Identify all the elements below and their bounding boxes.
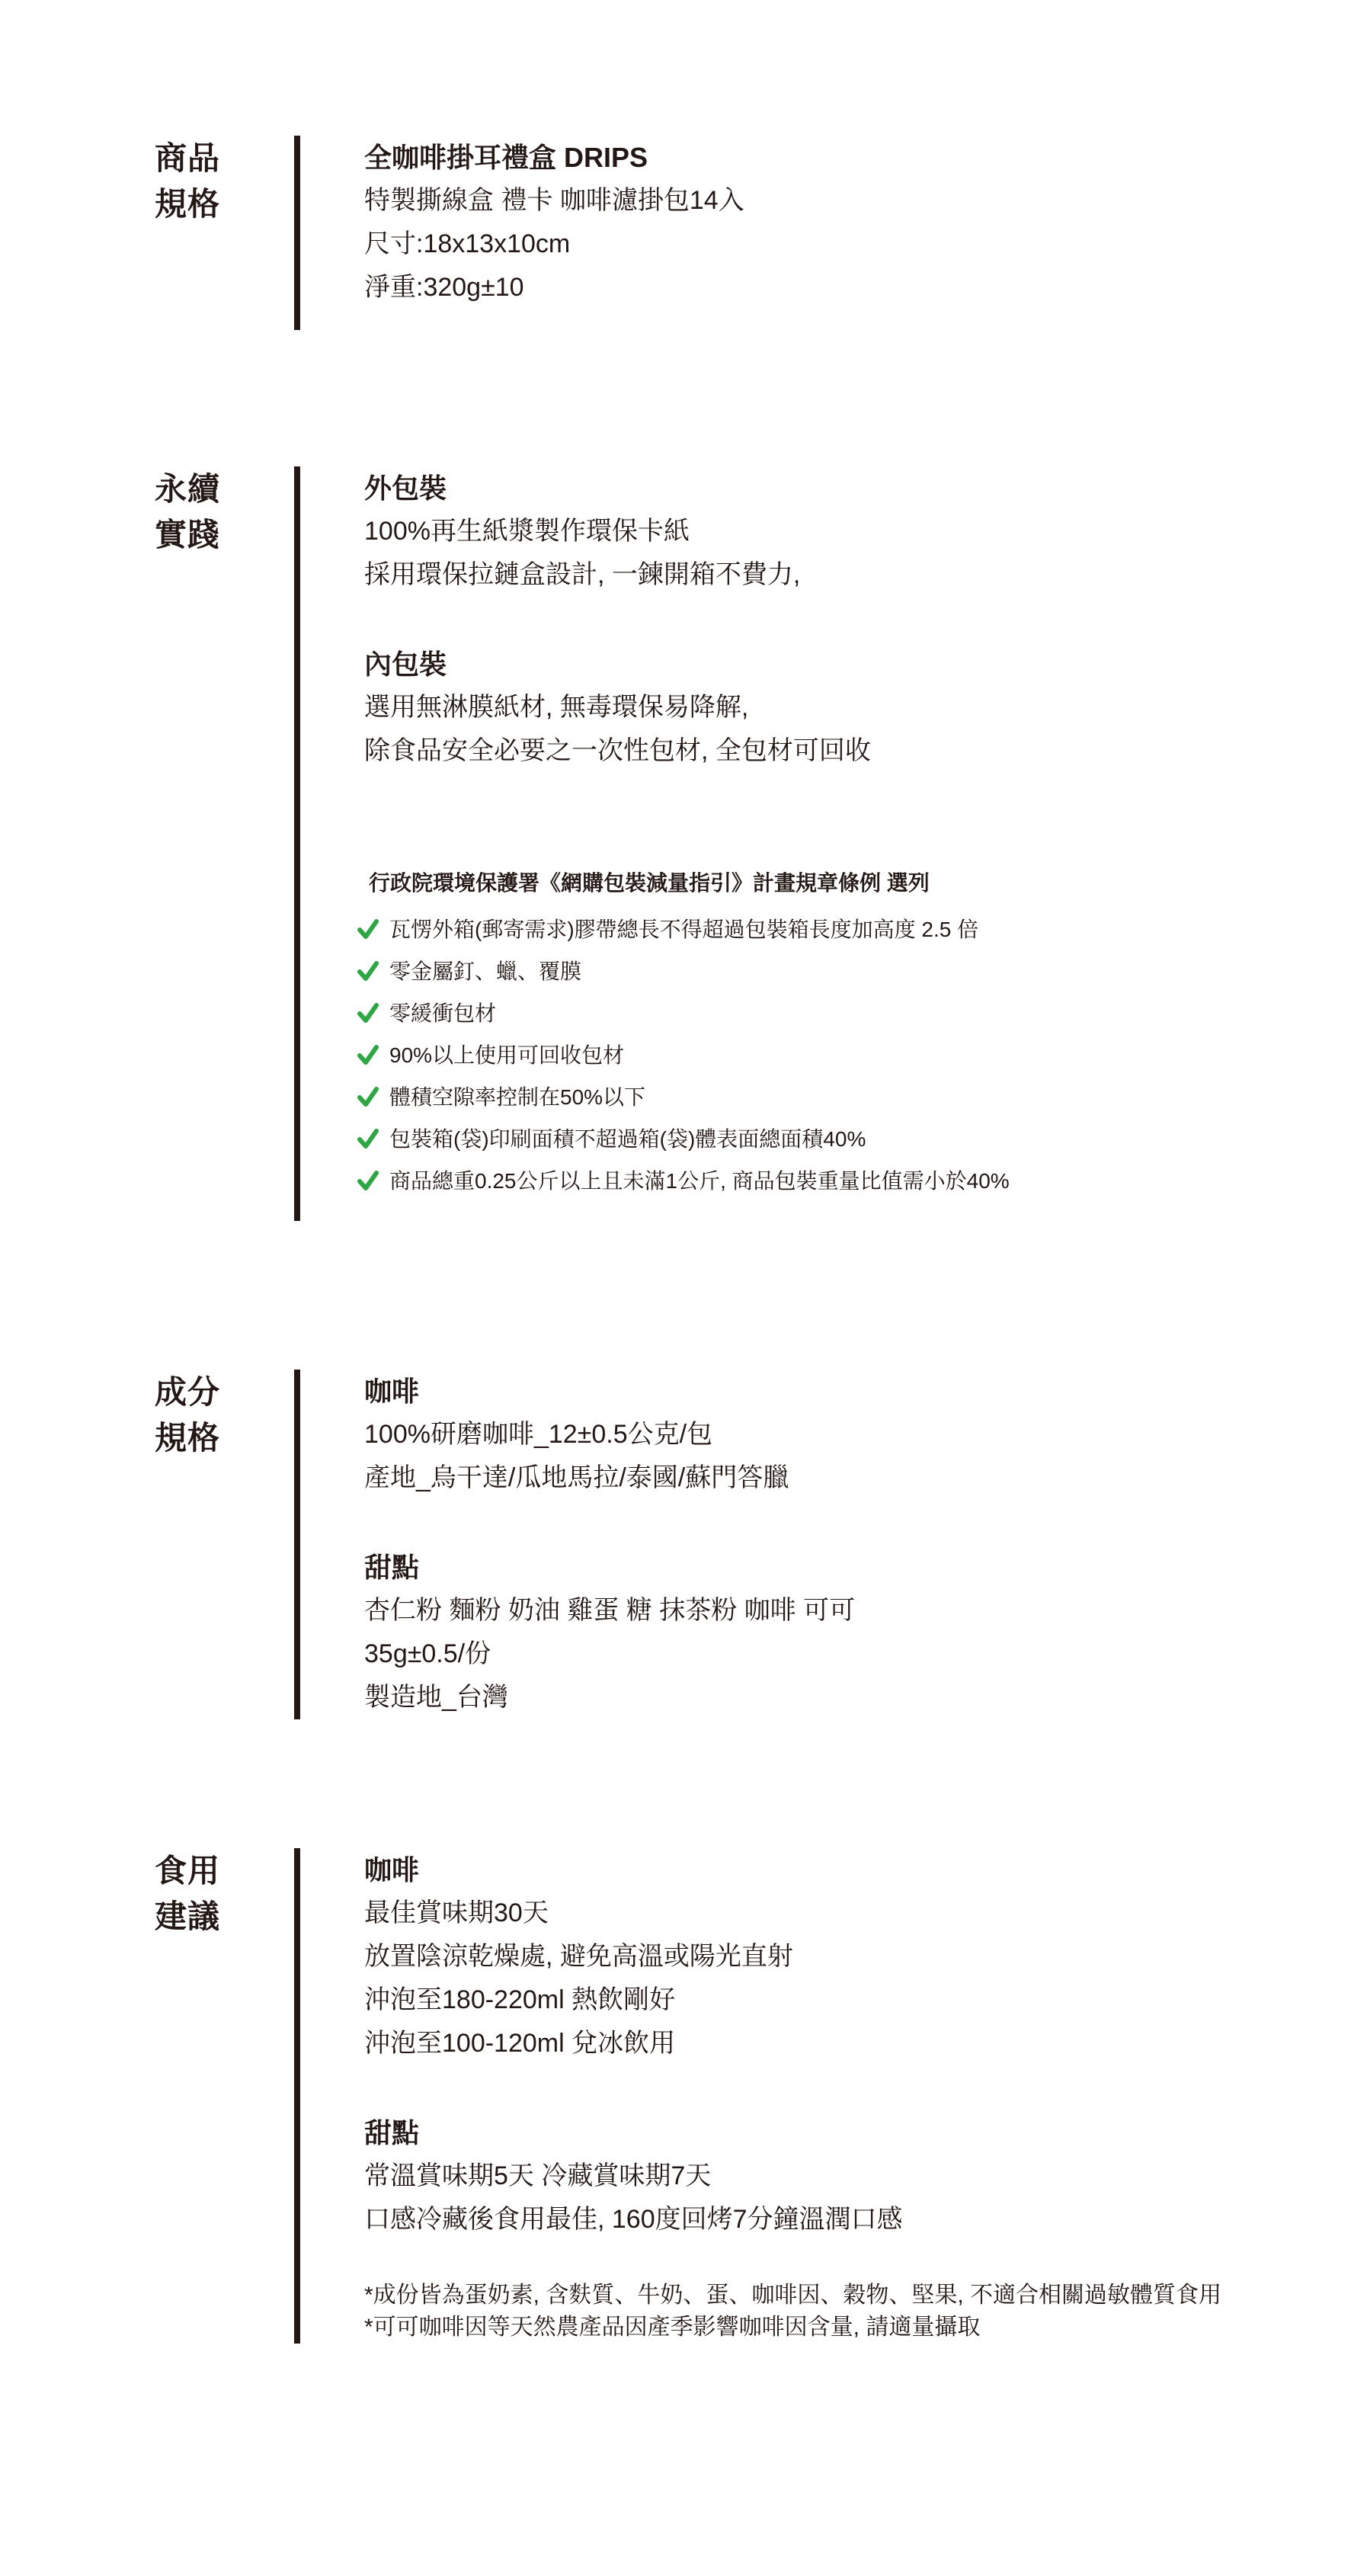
outer-packaging-heading: 外包裝	[364, 466, 1010, 510]
list-item: 零金屬釘、蠟、覆膜	[357, 950, 1010, 992]
section-label-sustainability: 永續 實踐	[155, 466, 294, 1221]
product-spec-page: 商品 規格 全咖啡掛耳禮盒 DRIPS 特製撕線盒 禮卡 咖啡濾掛包14入 尺寸…	[0, 0, 1351, 2576]
inner-packaging-heading: 內包裝	[364, 642, 1010, 686]
section-label-line: 實踐	[155, 512, 294, 558]
coffee-origin-line: 產地_烏干達/瓜地馬拉/泰國/蘇門答臘	[364, 1456, 855, 1500]
coffee-iced-brew-line: 沖泡至100-120ml 兌冰飲用	[364, 2022, 1221, 2065]
list-item: 90%以上使用可回收包材	[357, 1034, 1010, 1076]
footnotes: *成份皆為蛋奶素, 含麩質、牛奶、蛋、咖啡因、穀物、堅果, 不適合相關過敏體質食…	[364, 2280, 1221, 2344]
section-label-line: 建議	[155, 1894, 294, 1940]
list-item: 體積空隙率控制在50%以下	[357, 1076, 1010, 1118]
check-icon	[357, 1001, 379, 1024]
section-divider	[294, 1848, 300, 2344]
product-weight-line: 淨重:320g±10	[364, 266, 744, 309]
section-label-product-spec: 商品 規格	[155, 136, 294, 330]
outer-packaging-line: 採用環保拉鏈盒設計, 一鍊開箱不費力,	[364, 553, 1010, 597]
section-label-ingredients: 成分 規格	[155, 1370, 294, 1719]
list-item: 瓦愣外箱(郵寄需求)膠帶總長不得超過包裝箱長度加高度 2.5 倍	[357, 908, 1010, 950]
ingredients-section: 成分 規格 咖啡 100%研磨咖啡_12±0.5公克/包 產地_烏干達/瓜地馬拉…	[155, 1370, 855, 1719]
coffee-hot-brew-line: 沖泡至180-220ml 熱飲剛好	[364, 1978, 1221, 2022]
sustainability-section: 永續 實踐 外包裝 100%再生紙漿製作環保卡紙 採用環保拉鏈盒設計, 一鍊開箱…	[155, 466, 1010, 1221]
check-icon	[357, 960, 379, 982]
list-item: 商品總重0.25公斤以上且未滿1公斤, 商品包裝重量比值需小於40%	[357, 1160, 1010, 1202]
product-contents-line: 特製撕線盒 禮卡 咖啡濾掛包14入	[364, 179, 744, 223]
list-item: 包裝箱(袋)印刷面積不超過箱(袋)體表面總面積40%	[357, 1118, 1010, 1160]
product-size-line: 尺寸:18x13x10cm	[364, 223, 744, 266]
inner-packaging-line: 除食品安全必要之一次性包材, 全包材可回收	[364, 729, 1010, 773]
compliance-item-text: 零金屬釘、蠟、覆膜	[389, 950, 581, 992]
section-divider	[294, 466, 300, 1221]
section-label-line: 規格	[155, 181, 294, 227]
product-spec-content: 全咖啡掛耳禮盒 DRIPS 特製撕線盒 禮卡 咖啡濾掛包14入 尺寸:18x13…	[364, 136, 744, 330]
dessert-made-in-line: 製造地_台灣	[364, 1676, 855, 1719]
dessert-weight-line: 35g±0.5/份	[364, 1632, 855, 1676]
check-icon	[357, 1085, 379, 1108]
compliance-item-text: 體積空隙率控制在50%以下	[389, 1076, 645, 1118]
ingredients-content: 咖啡 100%研磨咖啡_12±0.5公克/包 產地_烏干達/瓜地馬拉/泰國/蘇門…	[364, 1370, 855, 1719]
compliance-item-text: 瓦愣外箱(郵寄需求)膠帶總長不得超過包裝箱長度加高度 2.5 倍	[389, 908, 978, 950]
section-label-line: 規格	[155, 1415, 294, 1461]
coffee-serving-heading: 咖啡	[364, 1848, 1221, 1892]
product-title: 全咖啡掛耳禮盒 DRIPS	[364, 136, 744, 179]
serving-content: 咖啡 最佳賞味期30天 放置陰涼乾燥處, 避免高溫或陽光直射 沖泡至180-22…	[364, 1848, 1221, 2344]
list-item: 零緩衝包材	[357, 992, 1010, 1034]
check-icon	[357, 1043, 379, 1066]
section-label-line: 永續	[155, 466, 294, 512]
allergen-note: *成份皆為蛋奶素, 含麩質、牛奶、蛋、咖啡因、穀物、堅果, 不適合相關過敏體質食…	[364, 2280, 1221, 2312]
outer-packaging-line: 100%再生紙漿製作環保卡紙	[364, 510, 1010, 553]
dessert-serving-heading: 甜點	[364, 2111, 1221, 2155]
compliance-item-text: 包裝箱(袋)印刷面積不超過箱(袋)體表面總面積40%	[389, 1118, 866, 1160]
sustainability-content: 外包裝 100%再生紙漿製作環保卡紙 採用環保拉鏈盒設計, 一鍊開箱不費力, 內…	[364, 466, 1010, 1221]
coffee-storage-line: 放置陰涼乾燥處, 避免高溫或陽光直射	[364, 1935, 1221, 1978]
coffee-shelf-life-line: 最佳賞味期30天	[364, 1892, 1221, 1935]
product-spec-section: 商品 規格 全咖啡掛耳禮盒 DRIPS 特製撕線盒 禮卡 咖啡濾掛包14入 尺寸…	[155, 136, 744, 330]
dessert-ingredients-heading: 甜點	[364, 1546, 855, 1589]
section-label-line: 商品	[155, 136, 294, 181]
inner-packaging-line: 選用無淋膜紙材, 無毒環保易降解,	[364, 686, 1010, 729]
dessert-ingredients-line: 杏仁粉 麵粉 奶油 雞蛋 糖 抹茶粉 咖啡 可可	[364, 1589, 855, 1632]
compliance-check-list: 瓦愣外箱(郵寄需求)膠帶總長不得超過包裝箱長度加高度 2.5 倍 零金屬釘、蠟、…	[369, 908, 1010, 1202]
section-label-line: 成分	[155, 1370, 294, 1415]
check-icon	[357, 918, 379, 940]
section-label-line: 食用	[155, 1848, 294, 1894]
compliance-item-text: 商品總重0.25公斤以上且未滿1公斤, 商品包裝重量比值需小於40%	[389, 1160, 1010, 1202]
caffeine-note: *可可咖啡因等天然農產品因產季影響咖啡因含量, 請適量攝取	[364, 2312, 1221, 2344]
section-divider	[294, 136, 300, 330]
coffee-ingredients-heading: 咖啡	[364, 1370, 855, 1413]
dessert-shelf-life-line: 常溫賞味期5天 冷藏賞味期7天	[364, 2155, 1221, 2198]
coffee-ingredients-line: 100%研磨咖啡_12±0.5公克/包	[364, 1413, 855, 1456]
compliance-item-text: 零緩衝包材	[389, 992, 496, 1034]
compliance-heading: 行政院環境保護署《網購包裝減量指引》計畫規章條例 選列	[369, 864, 1010, 902]
dessert-texture-line: 口感冷藏後食用最佳, 160度回烤7分鐘溫潤口感	[364, 2198, 1221, 2241]
check-icon	[357, 1127, 379, 1150]
section-label-serving: 食用 建議	[155, 1848, 294, 2344]
compliance-item-text: 90%以上使用可回收包材	[389, 1034, 624, 1076]
check-icon	[357, 1169, 379, 1192]
compliance-block: 行政院環境保護署《網購包裝減量指引》計畫規章條例 選列 瓦愣外箱(郵寄需求)膠帶…	[364, 864, 1010, 1202]
section-divider	[294, 1370, 300, 1719]
serving-section: 食用 建議 咖啡 最佳賞味期30天 放置陰涼乾燥處, 避免高溫或陽光直射 沖泡至…	[155, 1848, 1221, 2344]
